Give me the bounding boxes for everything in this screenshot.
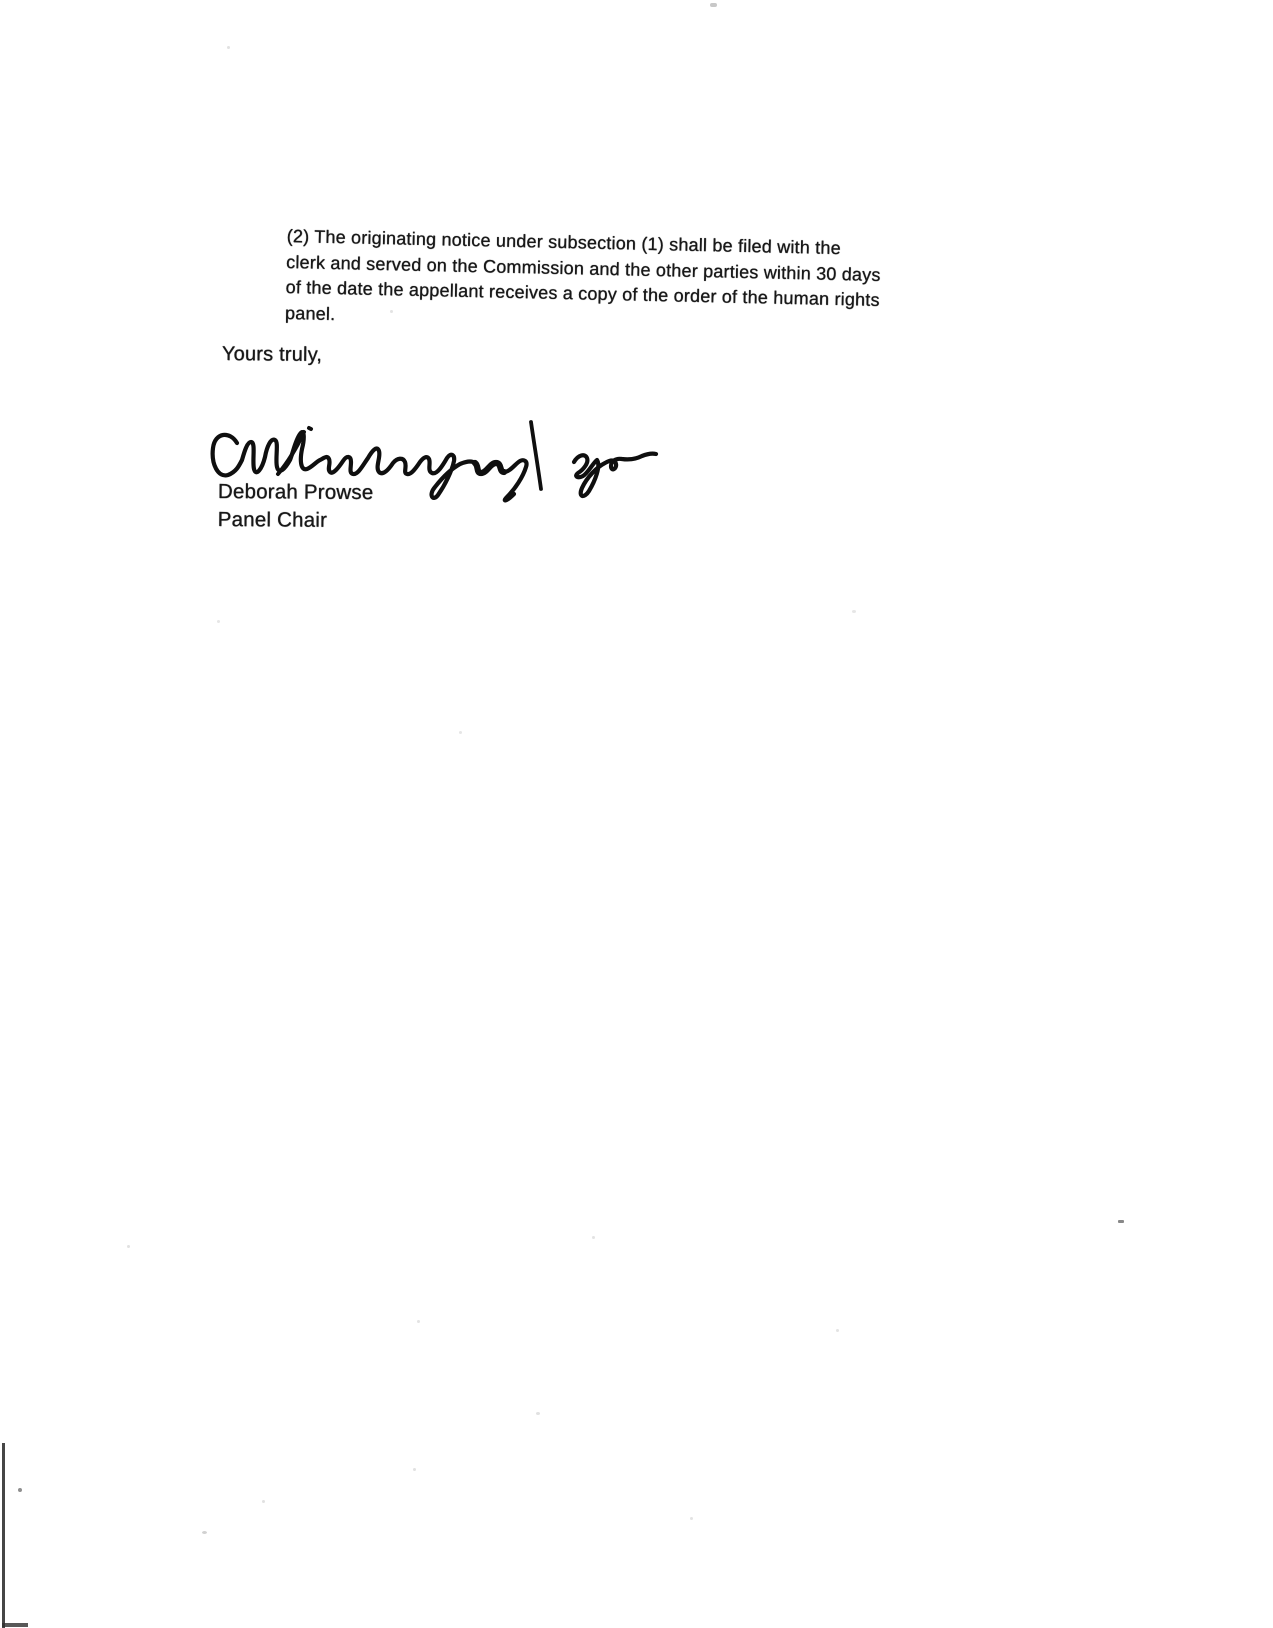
- statute-excerpt: (2) The originating notice under subsect…: [285, 224, 882, 339]
- signatory-title: Panel Chair: [218, 506, 374, 535]
- scan-speck: [227, 46, 230, 49]
- closing-salutation: Yours truly,: [222, 341, 322, 368]
- scan-speck: [852, 610, 856, 613]
- scan-speck: [690, 1517, 693, 1520]
- scan-corner-artifact: [2, 1623, 28, 1627]
- scan-speck: [202, 1531, 207, 1534]
- scan-speck: [1118, 1220, 1124, 1223]
- scan-speck: [18, 1488, 22, 1492]
- scan-speck: [592, 1236, 595, 1239]
- scan-speck: [413, 1468, 416, 1471]
- scan-speck: [417, 1320, 420, 1323]
- scan-speck: [217, 620, 220, 623]
- scan-speck: [127, 1245, 130, 1248]
- scanned-letter-page: (2) The originating notice under subsect…: [0, 0, 1273, 1628]
- scan-speck: [836, 1329, 839, 1332]
- scan-edge-artifact: [2, 1443, 5, 1628]
- scan-speck: [262, 1500, 265, 1503]
- scan-speck: [536, 1412, 540, 1415]
- signatory-name: Deborah Prowse: [218, 478, 374, 507]
- scan-speck: [459, 731, 462, 734]
- signature-block: Deborah Prowse Panel Chair: [218, 478, 374, 535]
- scan-speck: [710, 3, 717, 7]
- scan-speck: [390, 310, 393, 313]
